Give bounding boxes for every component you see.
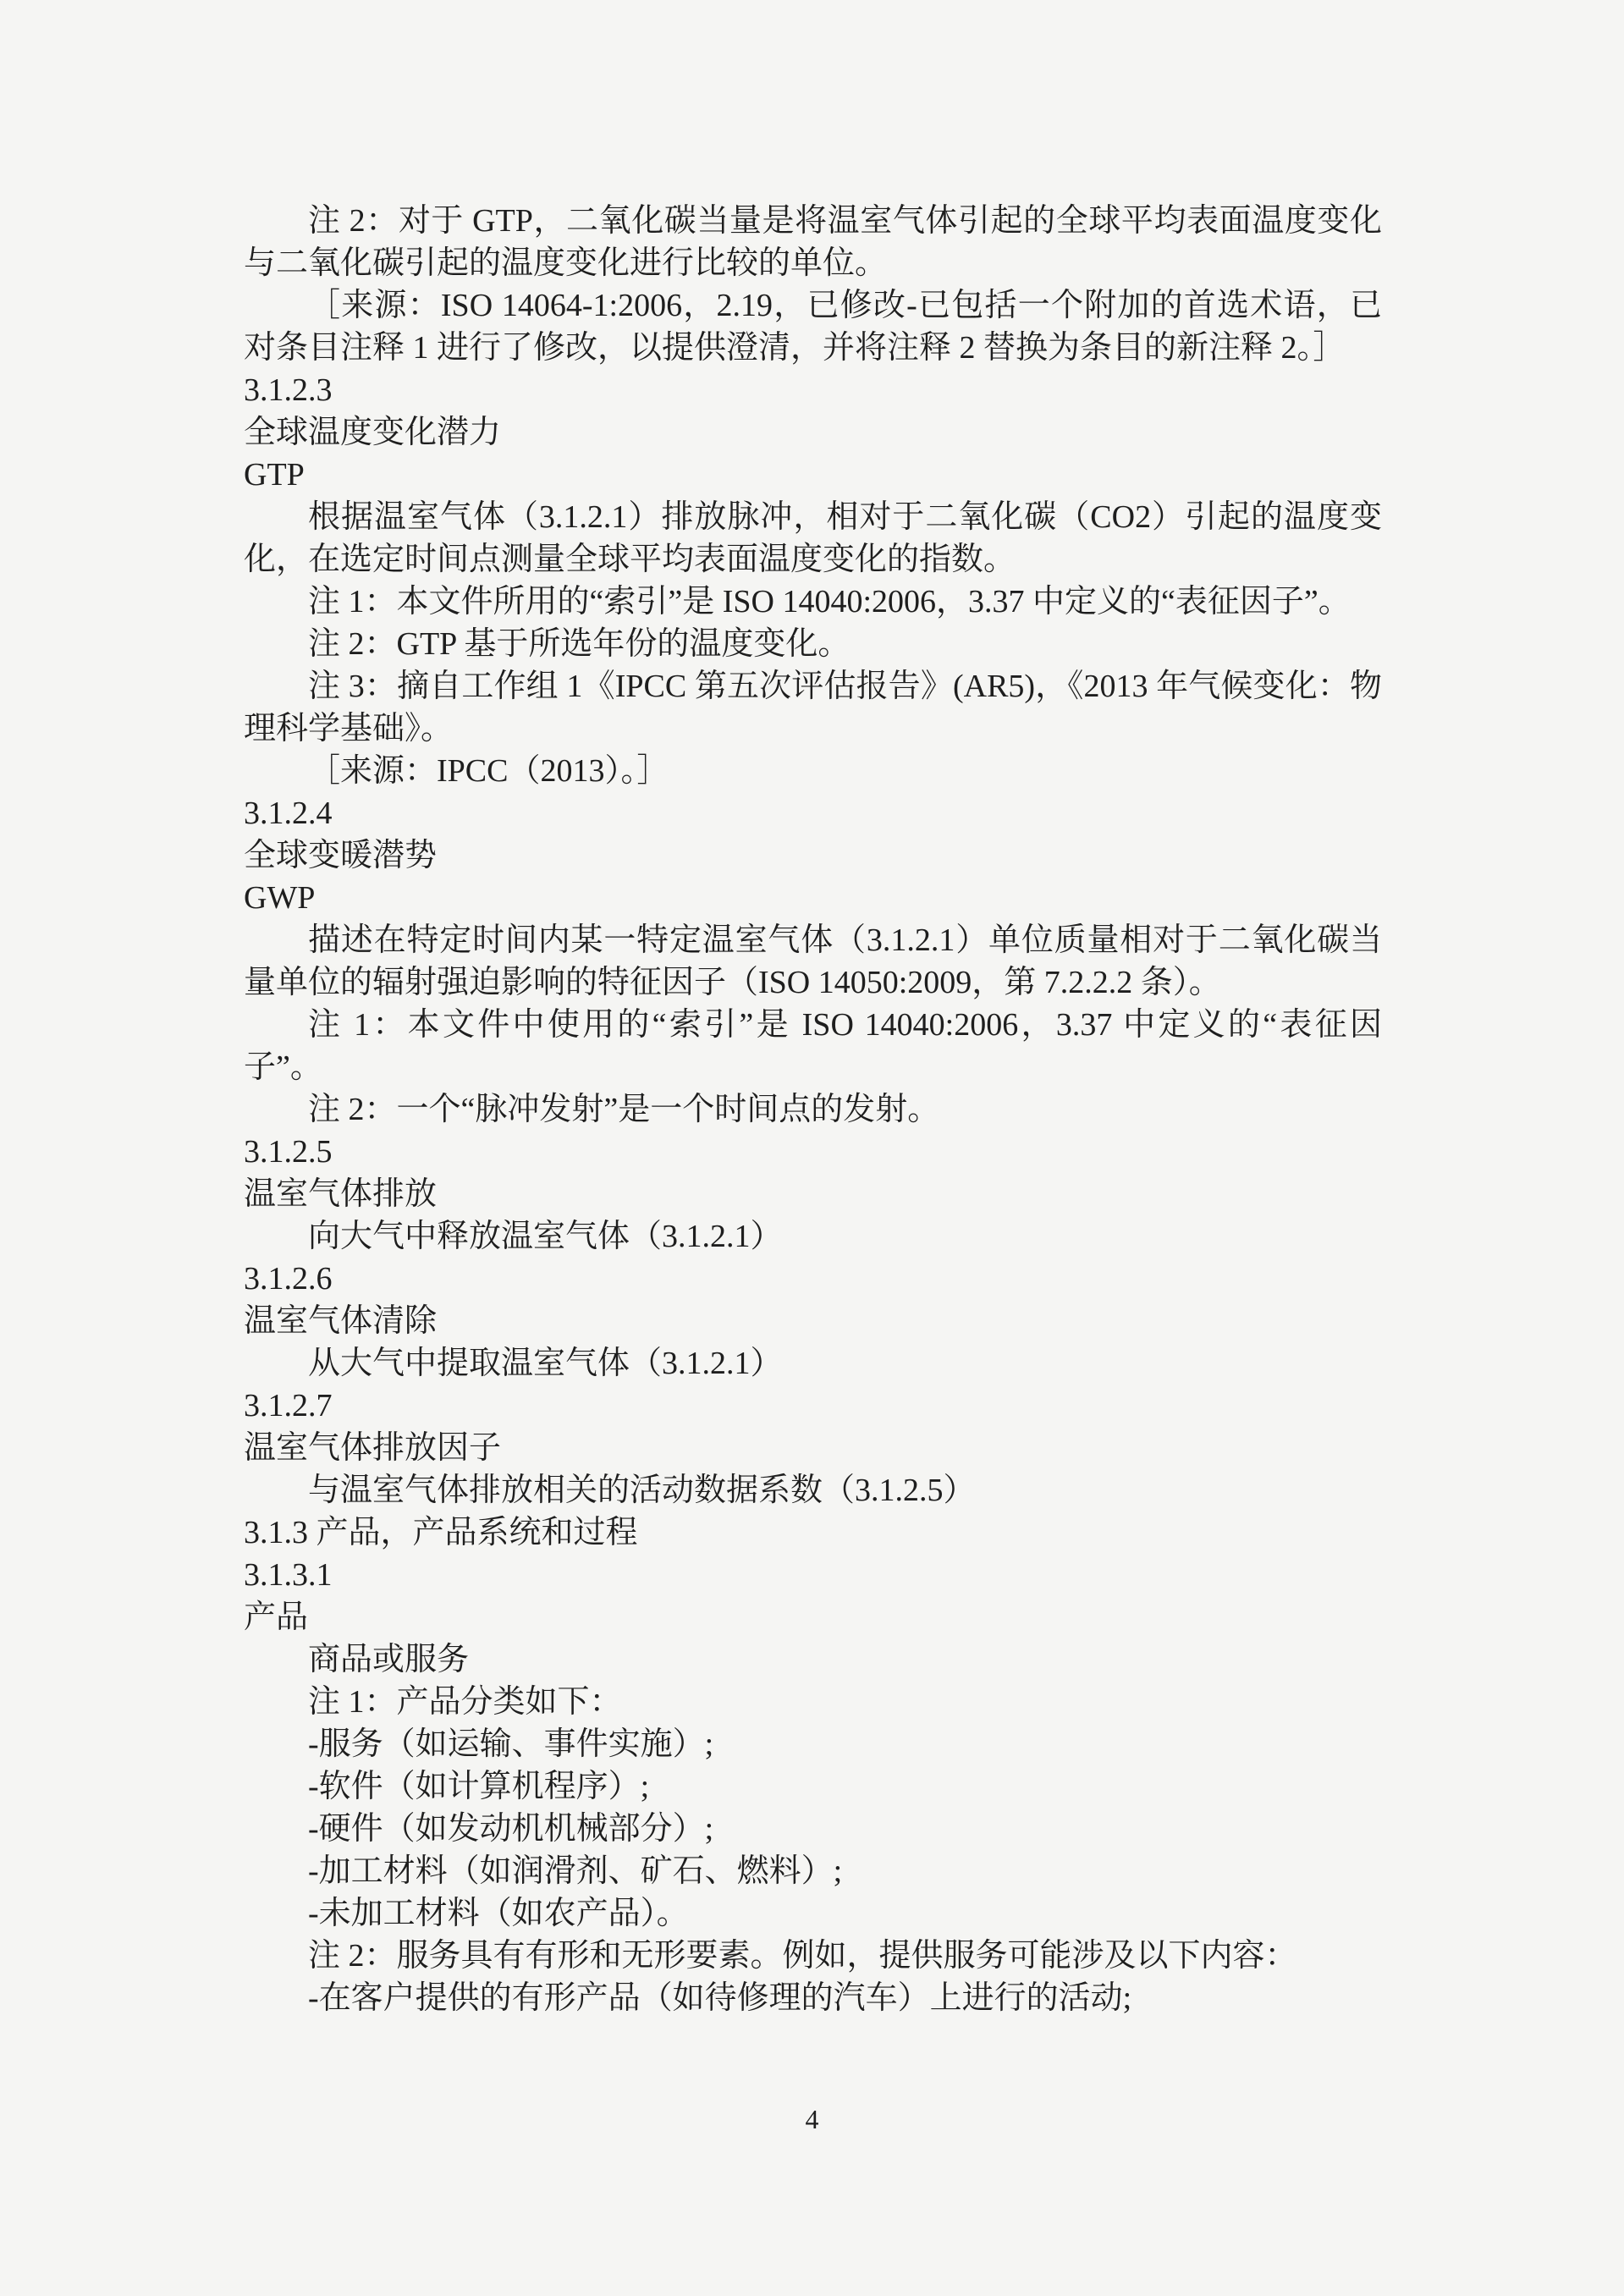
paragraph: 向大气中释放温室气体（3.1.2.1）: [244, 1215, 1382, 1258]
paragraph: -软件（如计算机程序）;: [244, 1765, 1382, 1808]
paragraph: 3.1.3 产品，产品系统和过程: [244, 1511, 1382, 1554]
paragraph: ［来源：ISO 14064-1:2006，2.19，已修改-已包括一个附加的首选…: [244, 284, 1382, 369]
paragraph: ［来源：IPCC（2013）。］: [244, 750, 1382, 792]
paragraph: 注 1：本文件所用的“索引”是 ISO 14040:2006，3.37 中定义的…: [244, 581, 1382, 623]
paragraph: 3.1.2.7: [244, 1385, 1382, 1427]
paragraph: 根据温室气体（3.1.2.1）排放脉冲，相对于二氧化碳（CO2）引起的温度变化，…: [244, 496, 1382, 581]
paragraph: 全球温度变化潜力: [244, 411, 1382, 454]
paragraph: 描述在特定时间内某一特定温室气体（3.1.2.1）单位质量相对于二氧化碳当量单位…: [244, 919, 1382, 1004]
paragraph: -服务（如运输、事件实施）;: [244, 1723, 1382, 1765]
paragraph: 注 2：对于 GTP，二氧化碳当量是将温室气体引起的全球平均表面温度变化与二氧化…: [244, 200, 1382, 284]
paragraph: 3.1.3.1: [244, 1554, 1382, 1596]
paragraph: 全球变暖潜势: [244, 834, 1382, 877]
paragraph: -在客户提供的有形产品（如待修理的汽车）上进行的活动;: [244, 1977, 1382, 2019]
paragraph: 3.1.2.3: [244, 369, 1382, 411]
paragraph: 注 1：产品分类如下：: [244, 1681, 1382, 1723]
paragraph: 注 3：摘自工作组 1《IPCC 第五次评估报告》(AR5)，《2013 年气候…: [244, 665, 1382, 750]
paragraph: 与温室气体排放相关的活动数据系数（3.1.2.5）: [244, 1469, 1382, 1511]
paragraph: 温室气体排放因子: [244, 1427, 1382, 1469]
paragraph: 从大气中提取温室气体（3.1.2.1）: [244, 1342, 1382, 1385]
paragraph: 温室气体排放: [244, 1173, 1382, 1215]
document-page: 注 2：对于 GTP，二氧化碳当量是将温室气体引起的全球平均表面温度变化与二氧化…: [0, 0, 1624, 2296]
paragraph: 3.1.2.4: [244, 792, 1382, 834]
paragraph: 注 2：一个“脉冲发射”是一个时间点的发射。: [244, 1088, 1382, 1131]
paragraph: 注 2：GTP 基于所选年份的温度变化。: [244, 623, 1382, 665]
document-body: 注 2：对于 GTP，二氧化碳当量是将温室气体引起的全球平均表面温度变化与二氧化…: [244, 200, 1382, 2019]
paragraph: 3.1.2.5: [244, 1131, 1382, 1173]
page-number: 4: [0, 2098, 1624, 2140]
paragraph: 注 2：服务具有有形和无形要素。例如，提供服务可能涉及以下内容：: [244, 1935, 1382, 1977]
paragraph: GWP: [244, 877, 1382, 919]
paragraph: -加工材料（如润滑剂、矿石、燃料）;: [244, 1850, 1382, 1892]
paragraph: -硬件（如发动机机械部分）;: [244, 1808, 1382, 1850]
paragraph: GTP: [244, 454, 1382, 496]
paragraph: 产品: [244, 1596, 1382, 1638]
paragraph: 商品或服务: [244, 1638, 1382, 1681]
paragraph: -未加工材料（如农产品）。: [244, 1892, 1382, 1935]
paragraph: 3.1.2.6: [244, 1258, 1382, 1300]
paragraph: 注 1：本文件中使用的“索引”是 ISO 14040:2006，3.37 中定义…: [244, 1004, 1382, 1088]
paragraph: 温室气体清除: [244, 1300, 1382, 1342]
